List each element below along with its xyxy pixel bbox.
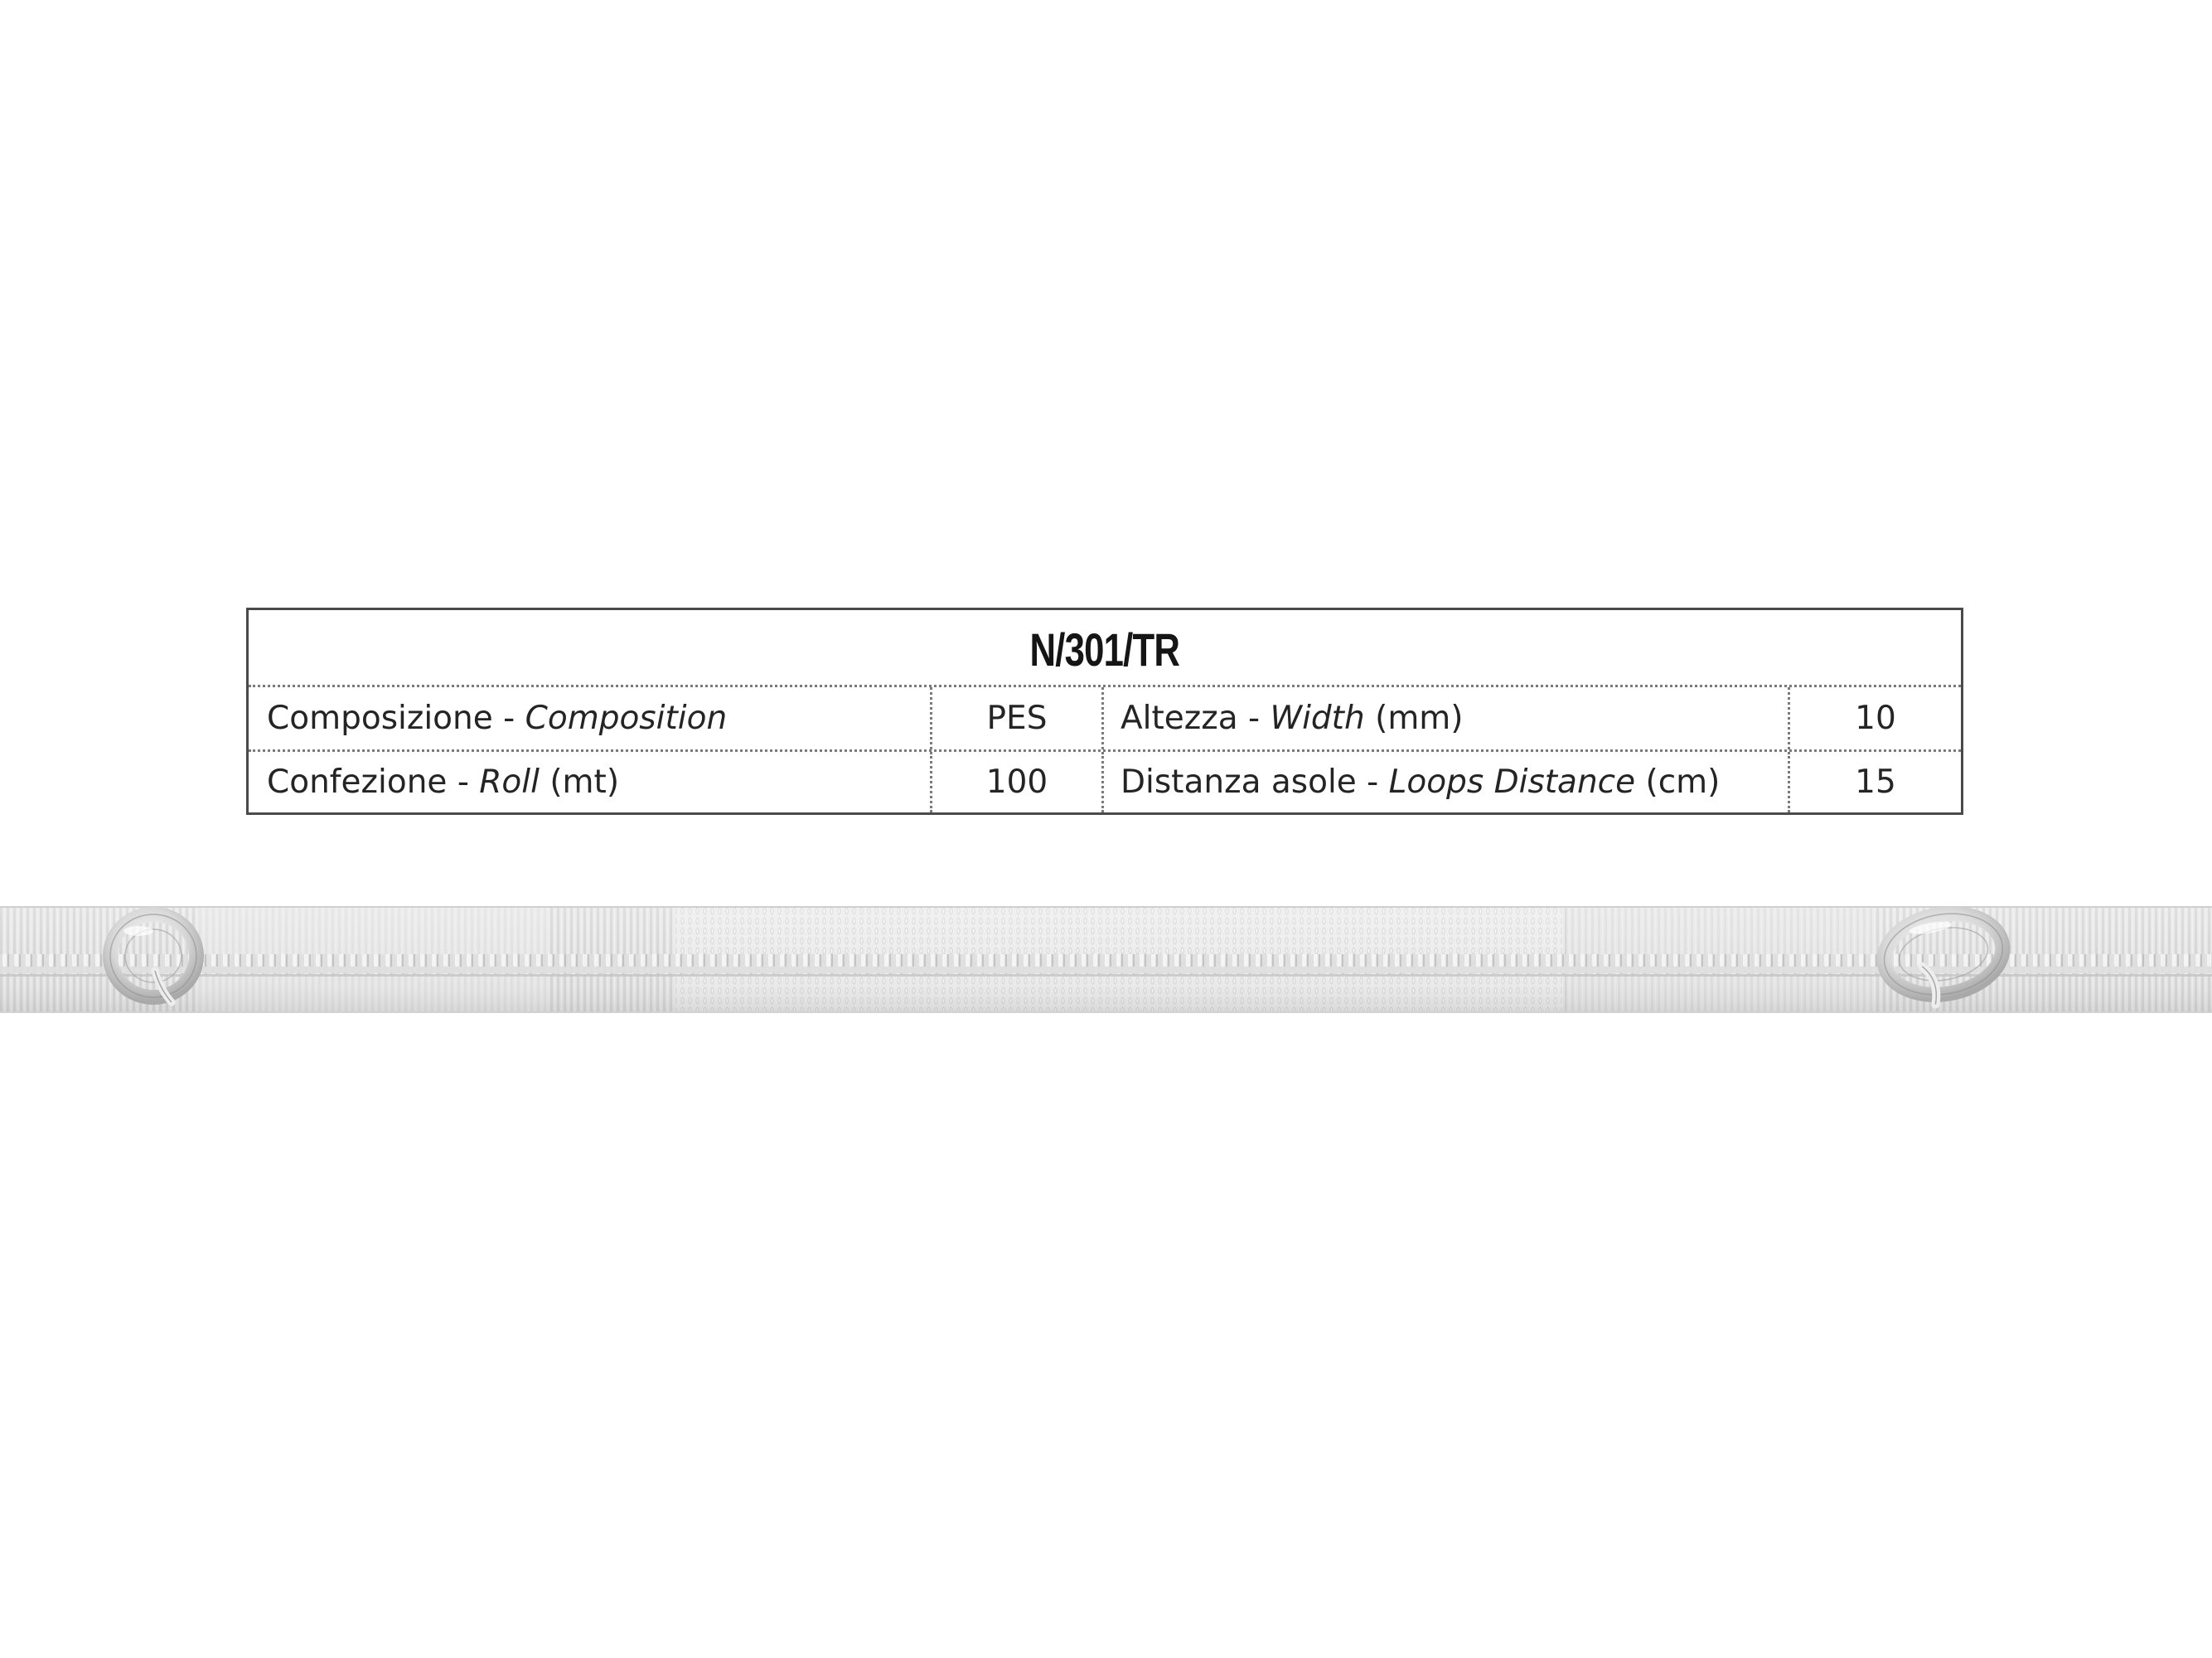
spec-value-composition: PES xyxy=(932,687,1104,749)
label-separator: - xyxy=(1238,700,1271,737)
spec-row: Confezione - Roll (mt) 100 Distanza asol… xyxy=(249,752,1961,812)
spec-label-roll: Confezione - Roll (mt) xyxy=(249,752,932,812)
label-english: Composition xyxy=(525,700,728,737)
label-unit: (mm) xyxy=(1365,700,1464,737)
label-english: Roll xyxy=(479,764,540,801)
product-code: N/301/TR xyxy=(1030,623,1180,676)
label-italian: Altezza xyxy=(1121,700,1238,737)
spec-label-loops-distance: Distanza asole - Loops Distance (cm) xyxy=(1104,752,1790,812)
label-separator: - xyxy=(1357,764,1389,801)
spec-value-roll: 100 xyxy=(932,752,1104,812)
label-separator: - xyxy=(493,700,525,737)
spec-label-composition: Composizione - Composition xyxy=(249,687,932,749)
label-italian: Composizione xyxy=(267,700,493,737)
label-italian: Distanza asole xyxy=(1121,764,1357,801)
label-unit: (mt) xyxy=(540,764,619,801)
spec-value-width: 10 xyxy=(1790,687,1961,749)
spec-title-row: N/301/TR xyxy=(249,610,1961,687)
spec-value-loops-distance: 15 xyxy=(1790,752,1961,812)
label-separator: - xyxy=(447,764,479,801)
label-english: Width xyxy=(1271,700,1365,737)
spec-label-width: Altezza - Width (mm) xyxy=(1104,687,1790,749)
label-english: Loops Distance xyxy=(1389,764,1635,801)
product-spec-table: N/301/TR Composizione - Composition PES … xyxy=(246,608,1963,815)
curtain-tape-illustration xyxy=(0,906,2212,1013)
label-italian: Confezione xyxy=(267,764,447,801)
label-unit: (cm) xyxy=(1635,764,1720,801)
spec-row: Composizione - Composition PES Altezza -… xyxy=(249,687,1961,752)
